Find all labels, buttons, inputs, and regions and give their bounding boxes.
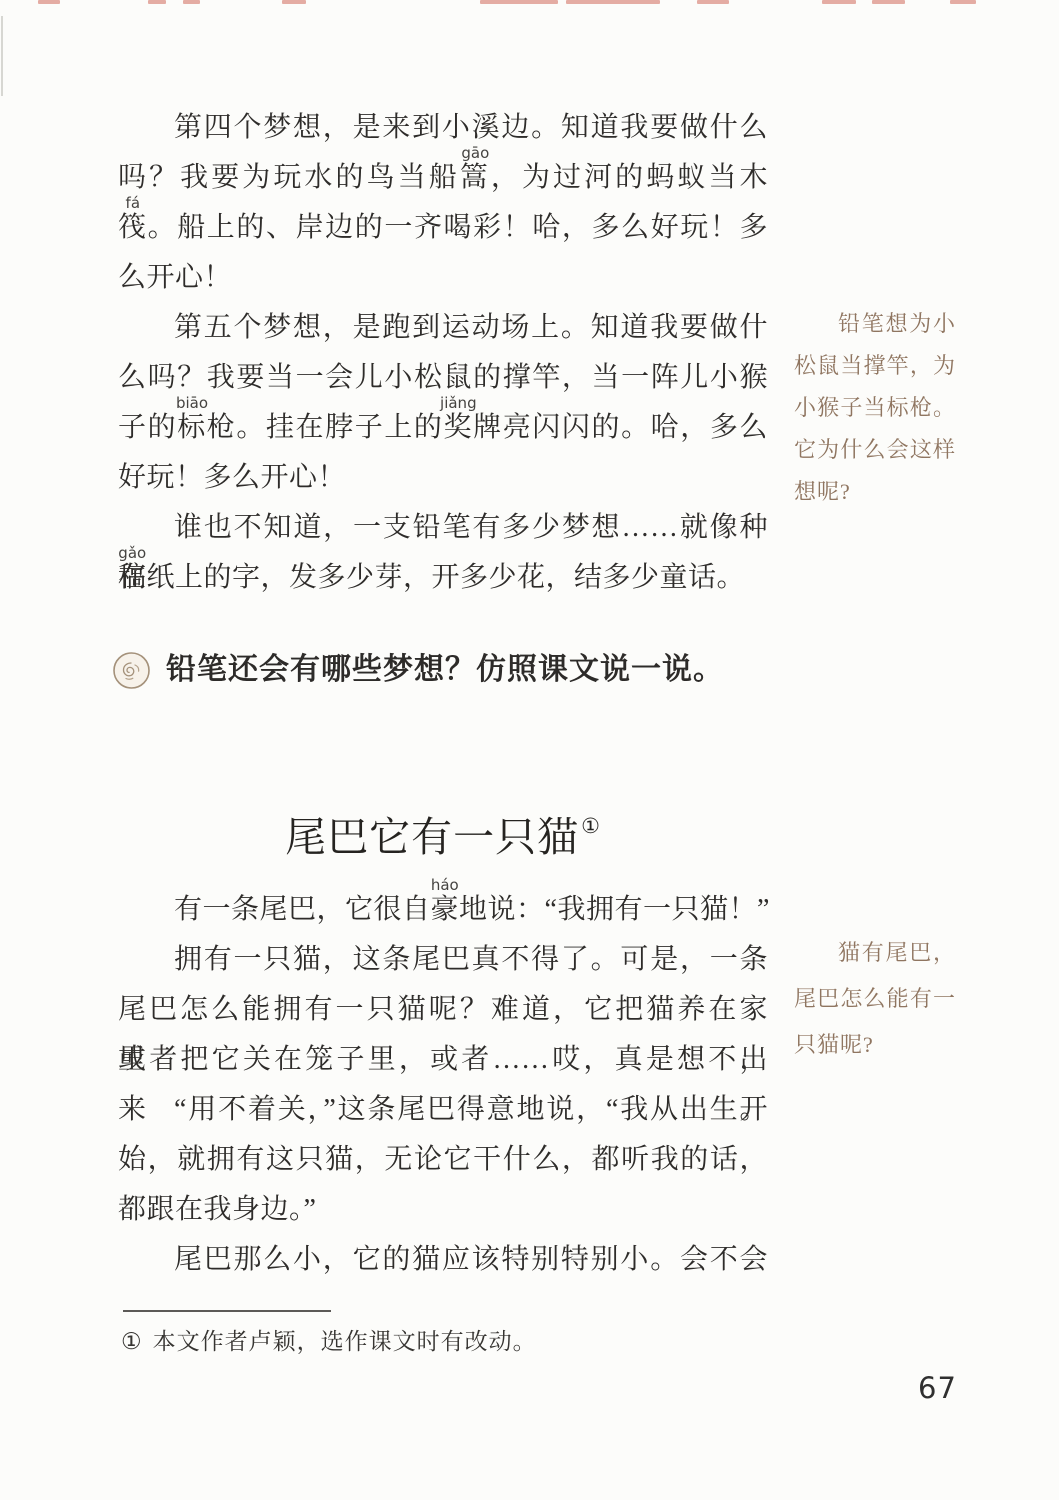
text-line: 稿gǎo纸上的字，发多少芽，开多少花，结多少童话。 xyxy=(118,553,768,603)
text-line: 筏fá。船上的、岸边的一齐喝彩！哈，多么好玩！多 xyxy=(118,203,768,253)
paragraph: 有一条尾巴，它很自豪háo地说：“我拥有一只猫！” xyxy=(118,885,768,935)
lesson1-body-text: 第四个梦想，是来到小溪边。知道我要做什么吗？我要为玩水的鸟当船篙gāo，为过河的… xyxy=(118,103,768,603)
text-line: 铅笔想为小 xyxy=(794,303,956,345)
footnote-divider xyxy=(123,1310,331,1312)
margin-note-pencil: 铅笔想为小松鼠当撑竿，为小猴子当标枪。它为什么会这样想呢? xyxy=(794,303,956,513)
scan-mark xyxy=(38,0,60,4)
paragraph: “用不着关，”这条尾巴得意地说，“我从出生开始，就拥有这只猫，无论它干什么，都听… xyxy=(118,1085,768,1235)
text-line: 尾巴那么小，它的猫应该特别特别小。会不会 xyxy=(118,1235,768,1285)
footnote-mark: ① xyxy=(121,1329,143,1354)
scan-mark xyxy=(950,0,976,4)
page-number: 67 xyxy=(918,1368,978,1408)
paragraph: 谁也不知道，一支铅笔有多少梦想……就像种在稿gǎo纸上的字，发多少芽，开多少花，… xyxy=(118,503,768,603)
text-line: 吗？我要为玩水的鸟当船篙gāo，为过河的蚂蚁当木 xyxy=(118,153,768,203)
text-line: 尾巴怎么能拥有一只猫呢？难道，它把猫养在家里， xyxy=(118,985,768,1035)
text-line: 它为什么会这样 xyxy=(794,429,956,471)
footnote-reference-mark: ① xyxy=(581,814,601,838)
scan-mark xyxy=(872,0,905,4)
question-prompt-row: 铅笔还会有哪些梦想？仿照课文说一说。 xyxy=(112,645,792,695)
text-line: 只猫呢? xyxy=(794,1022,956,1068)
text-line: 尾巴怎么能有一 xyxy=(794,976,956,1022)
text-line: “用不着关，”这条尾巴得意地说，“我从出生开 xyxy=(118,1085,768,1135)
question-prompt-text: 铅笔还会有哪些梦想？仿照课文说一说。 xyxy=(166,645,724,695)
pinyin-annotated-char: 稿gǎo xyxy=(118,562,147,593)
text-line: 想呢? xyxy=(794,471,956,513)
footnote: ①本文作者卢颖，选作课文时有改动。 xyxy=(121,1322,761,1362)
text-line: 小猴子当标枪。 xyxy=(794,387,956,429)
scan-mark xyxy=(566,0,660,4)
seal-flower-icon xyxy=(112,651,151,690)
pinyin-annotated-char: 标biāo xyxy=(177,412,207,443)
text-line: 始，就拥有这只猫，无论它干什么，都听我的话， xyxy=(118,1135,768,1185)
text-line: 第四个梦想，是来到小溪边。知道我要做什么 xyxy=(118,103,768,153)
text-line: 谁也不知道，一支铅笔有多少梦想……就像种在 xyxy=(118,503,768,553)
text-line: 好玩！多么开心！ xyxy=(118,453,768,503)
text-line: 第五个梦想，是跑到运动场上。知道我要做什 xyxy=(118,303,768,353)
footnote-text: 本文作者卢颖，选作课文时有改动。 xyxy=(153,1329,537,1354)
pinyin-annotated-char: 豪háo xyxy=(431,894,460,925)
text-line: 猫有尾巴， xyxy=(794,930,956,976)
text-line: 都跟在我身边。” xyxy=(118,1185,768,1235)
text-line: 子的标biāo枪。挂在脖子上的奖jiǎng牌亮闪闪的。哈，多么 xyxy=(118,403,768,453)
paragraph: 第五个梦想，是跑到运动场上。知道我要做什么吗？我要当一会儿小松鼠的撑竿，当一阵儿… xyxy=(118,303,768,503)
text-line: 拥有一只猫，这条尾巴真不得了。可是，一条 xyxy=(118,935,768,985)
paragraph: 尾巴那么小，它的猫应该特别特别小。会不会 xyxy=(118,1235,768,1285)
text-line: 有一条尾巴，它很自豪háo地说：“我拥有一只猫！” xyxy=(118,885,768,935)
text-line: 么开心！ xyxy=(118,253,768,303)
textbook-page: 第四个梦想，是来到小溪边。知道我要做什么吗？我要为玩水的鸟当船篙gāo，为过河的… xyxy=(0,0,1059,1500)
scan-mark xyxy=(148,0,166,4)
scan-mark xyxy=(697,0,729,4)
lesson-title: 尾巴它有一只猫① xyxy=(118,795,768,857)
paragraph: 拥有一只猫，这条尾巴真不得了。可是，一条尾巴怎么能拥有一只猫呢？难道，它把猫养在… xyxy=(118,935,768,1085)
scan-mark xyxy=(480,0,558,4)
text-line: 松鼠当撑竿，为 xyxy=(794,345,956,387)
lesson-title-text: 尾巴它有一只猫 xyxy=(285,814,579,860)
paragraph: 第四个梦想，是来到小溪边。知道我要做什么吗？我要为玩水的鸟当船篙gāo，为过河的… xyxy=(118,103,768,303)
scan-mark xyxy=(282,0,306,4)
scan-edge-line xyxy=(1,16,3,96)
pinyin-annotated-char: 奖jiǎng xyxy=(444,412,474,443)
text-line: 或者把它关在笼子里，或者……哎，真是想不出来。 xyxy=(118,1035,768,1085)
pinyin-annotated-char: 筏fá xyxy=(118,212,148,243)
lesson2-body-text: 有一条尾巴，它很自豪háo地说：“我拥有一只猫！”拥有一只猫，这条尾巴真不得了。… xyxy=(118,885,768,1285)
scan-mark xyxy=(822,0,856,4)
margin-note-cat: 猫有尾巴，尾巴怎么能有一只猫呢? xyxy=(794,930,956,1068)
scan-mark xyxy=(183,0,200,4)
pinyin-annotated-char: 篙gāo xyxy=(460,162,491,193)
